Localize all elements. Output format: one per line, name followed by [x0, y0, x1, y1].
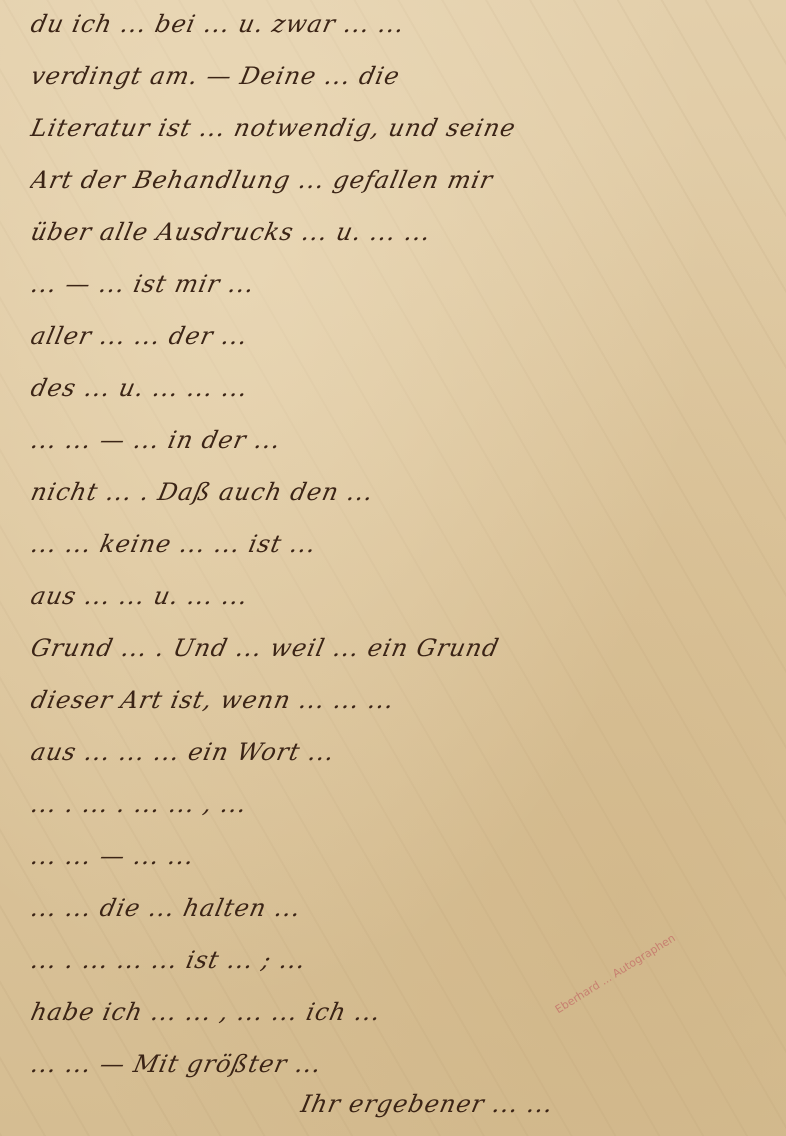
text-line: des ... u. ... ... ... [26, 374, 771, 414]
text-line: Art der Behandlung ... gefallen mir [26, 166, 771, 206]
text-line: ... — ... ist mir ... [26, 270, 771, 310]
text-line: ... ... die ... halten ... [26, 894, 771, 934]
text-line: du ich ... bei ... u. zwar ... ... [26, 10, 771, 50]
text-line: ... . ... . ... ... , ... [26, 790, 771, 830]
text-line: ... ... keine ... ... ist ... [26, 530, 771, 570]
text-line: ... ... — ... in der ... [26, 426, 771, 466]
text-line: Grund ... . Und ... weil ... ein Grund [26, 634, 771, 674]
text-line: ... ... — ... ... [26, 842, 771, 882]
text-line: verdingt am. — Deine ... die [26, 62, 771, 102]
text-line: über alle Ausdrucks ... u. ... ... [26, 218, 771, 258]
text-line: aller ... ... der ... [26, 322, 771, 362]
text-line: dieser Art ist, wenn ... ... ... [26, 686, 771, 726]
text-line: aus ... ... ... ein Wort ... [26, 738, 771, 778]
closing-signature-line: Ihr ergebener ... ... [296, 1090, 771, 1130]
manuscript-page: du ich ... bei ... u. zwar ... ... verdi… [0, 0, 786, 1136]
text-line: Literatur ist ... notwendig, und seine [26, 114, 771, 154]
text-line: nicht ... . Daß auch den ... [26, 478, 771, 518]
text-line: ... ... — Mit größter ... [26, 1050, 771, 1090]
text-line: aus ... ... u. ... ... [26, 582, 771, 622]
